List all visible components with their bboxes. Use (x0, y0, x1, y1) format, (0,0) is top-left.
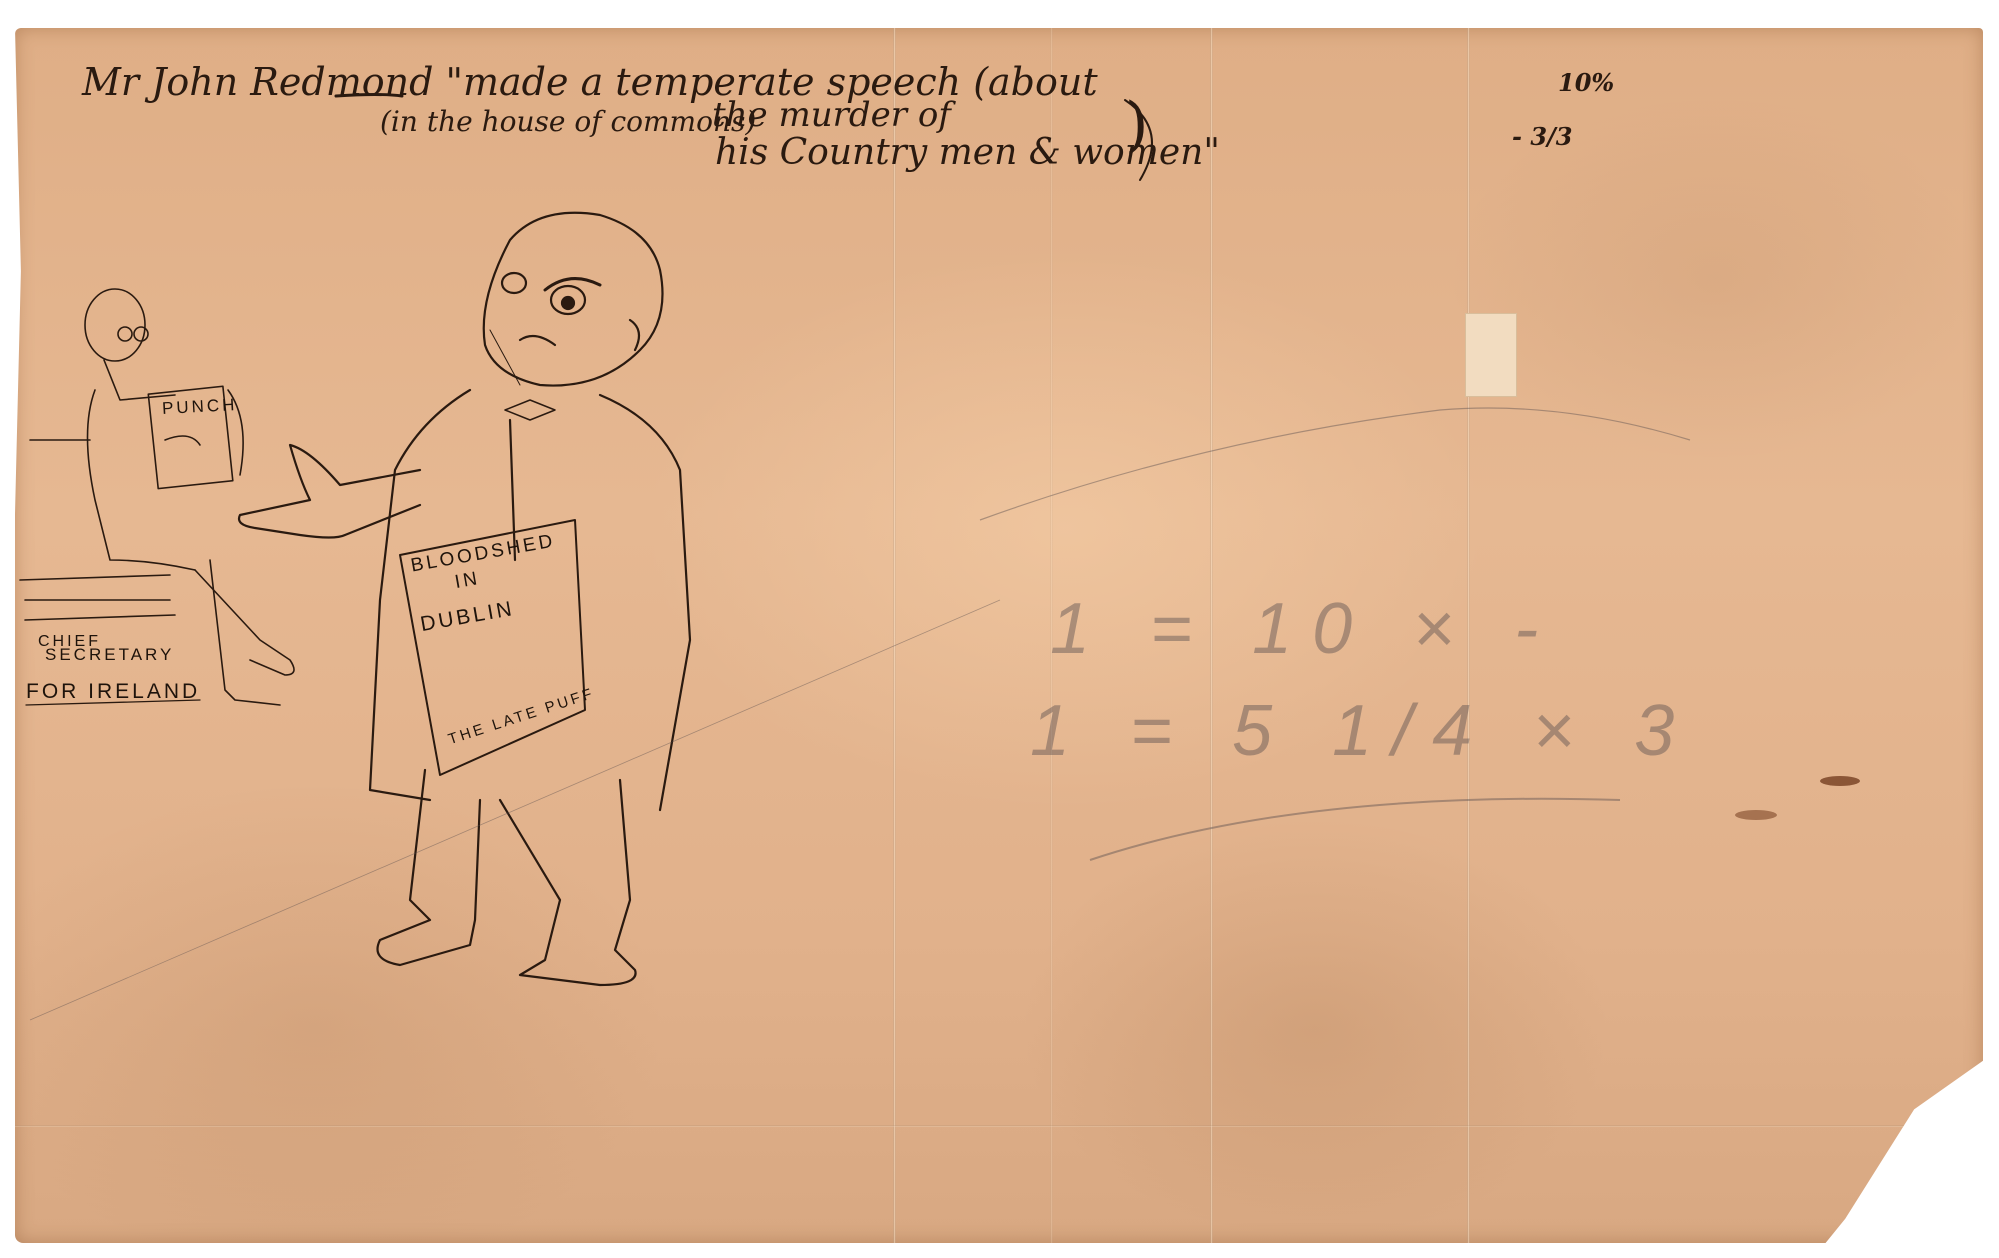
punch-magazine-label: PUNCH (162, 395, 238, 419)
ink-stain (1735, 810, 1777, 820)
pencil-note-1: 1 = 10 × - (1050, 588, 1558, 670)
margin-note-2: - 3/3 (1512, 122, 1572, 151)
pencil-note-2: 1 = 5 1/4 × 3 (1030, 690, 1694, 772)
caption-line-2: (in the house of commons) (380, 105, 756, 138)
ink-stain (1820, 776, 1860, 786)
horizontal-fold-line (15, 1125, 1983, 1127)
margin-note-1: 10% (1558, 68, 1614, 97)
label-secretary: SECRETARY (45, 645, 174, 665)
aged-paper-sheet (15, 28, 1983, 1243)
vertical-fold-line (893, 28, 896, 1243)
label-for-ireland: FOR IRELAND (26, 680, 200, 704)
tape-patch (1465, 313, 1517, 397)
headline-in: IN (453, 568, 481, 594)
caption-closing-paren: ) (1125, 90, 1148, 160)
caption-line-3: the murder of (712, 95, 951, 135)
